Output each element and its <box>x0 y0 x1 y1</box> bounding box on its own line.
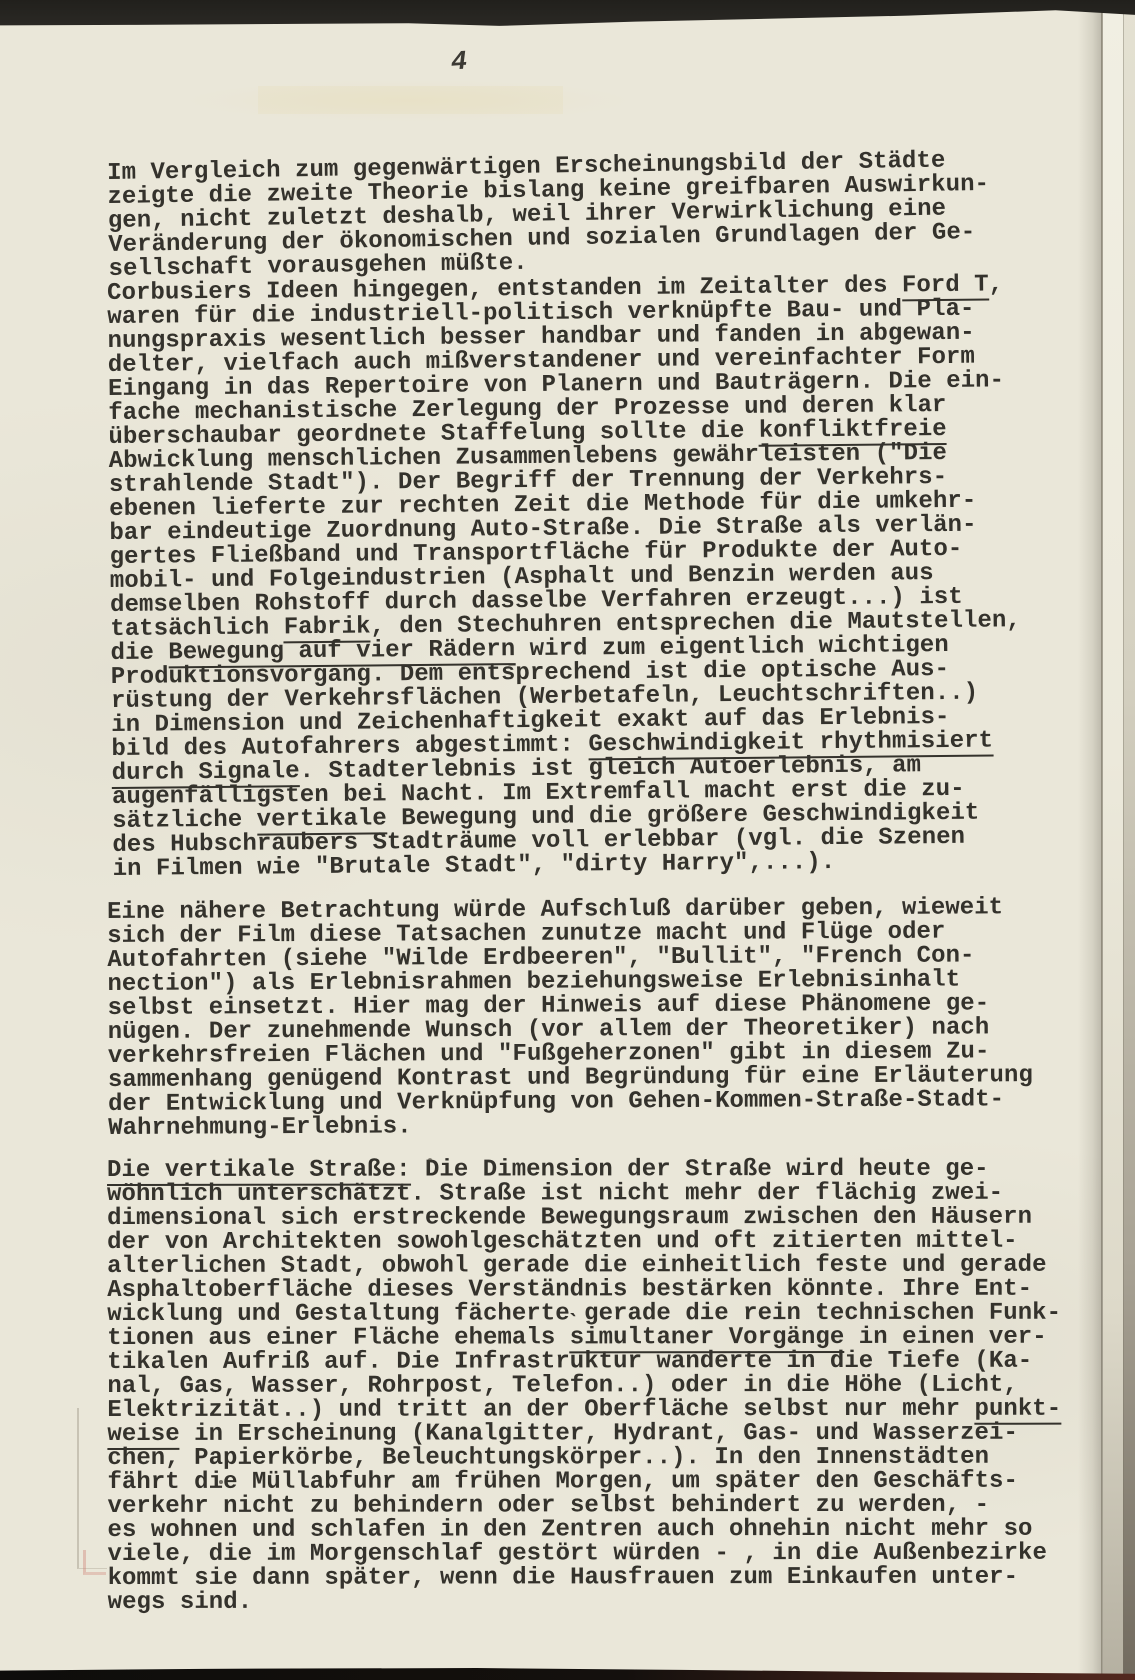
scan-edge-bottom <box>0 1667 1135 1680</box>
page-edge-line <box>1101 6 1103 1680</box>
page-curl-shadow <box>1078 8 1102 1680</box>
text-line: Wahrnehmung-Erlebnis. <box>108 1112 1062 1141</box>
scanner-edge-right <box>1123 0 1135 1680</box>
paragraph: Im Vergleich zum gegenwärtigen Erscheinu… <box>107 148 1063 282</box>
paragraph: Die vertikale Straße: Die Dimension der … <box>107 1158 1061 1615</box>
scan-speck-artifact <box>428 1158 432 1162</box>
text-line: kommt sie dann später, wenn die Hausfrau… <box>108 1566 1062 1591</box>
paragraph: Eine nähere Betrachtung würde Aufschluß … <box>107 896 1062 1141</box>
under-sheet-edge <box>1103 0 1123 1680</box>
text-line: in Filmen wie "Brutale Stadt", "dirty Ha… <box>113 849 1067 882</box>
paragraph: Corbusiers Ideen hingegen, entstanden im… <box>107 273 1067 882</box>
scan-speck-artifact <box>219 1480 223 1484</box>
document-text: Im Vergleich zum gegenwärtigen Erscheinu… <box>107 162 1061 1615</box>
text-line: der Entwicklung und Verknüpfung von Gehe… <box>108 1088 1062 1117</box>
scanned-page: 4 Im Vergleich zum gegenwärtigen Erschei… <box>0 0 1135 1680</box>
scan-edge-top <box>0 0 1135 27</box>
page-number: 4 <box>450 47 468 78</box>
scan-fade-artifact <box>258 86 563 114</box>
scan-pink-mark-artifact <box>83 1550 106 1575</box>
scan-bleedthrough-artifact <box>77 1408 107 1569</box>
text-line: wegs sind. <box>108 1590 1062 1615</box>
